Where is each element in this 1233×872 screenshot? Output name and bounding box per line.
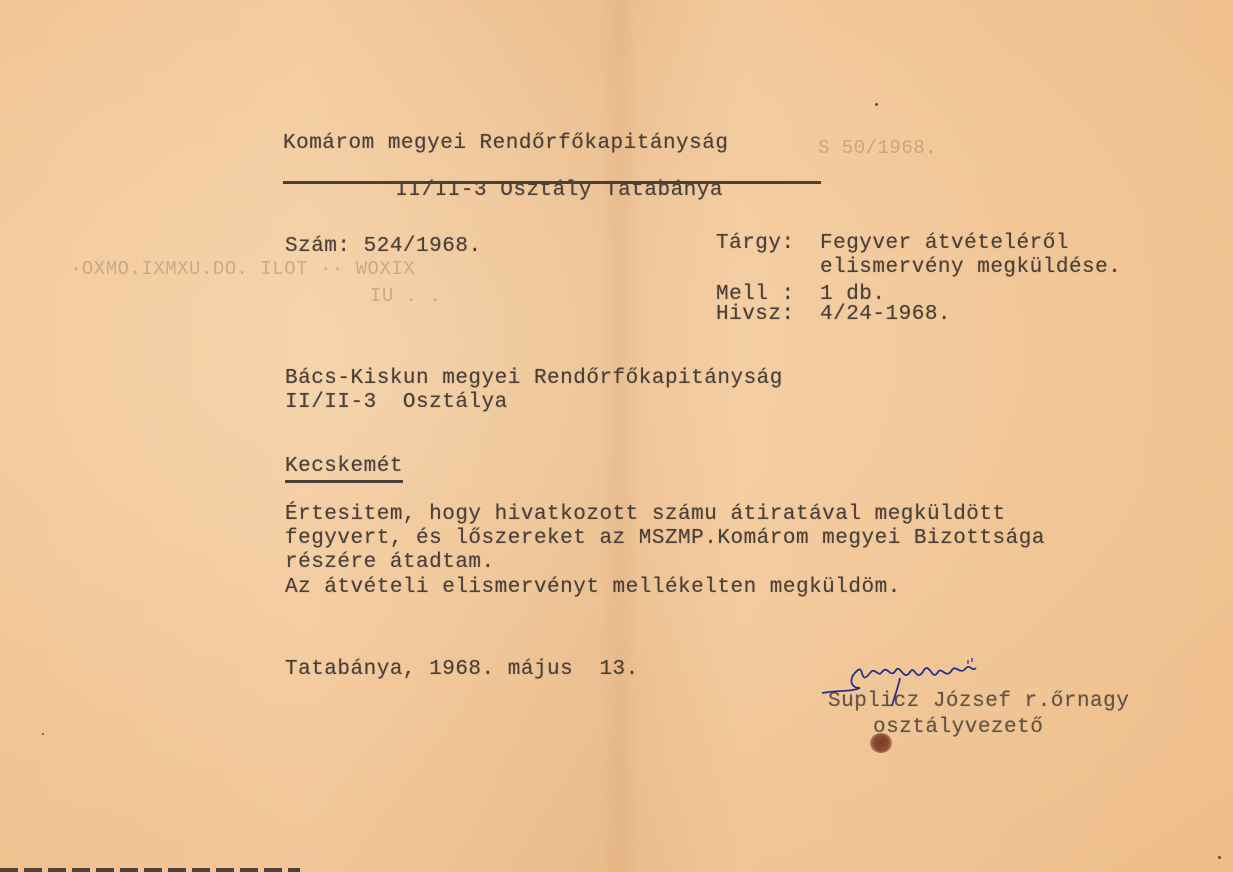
- recipient-line-1: Bács-Kiskun megyei Rendőrfőkapitányság: [285, 368, 783, 390]
- paper-speck: [875, 103, 878, 106]
- recipient-city: Kecskemét: [285, 456, 403, 478]
- place-date: Tatabánya, 1968. május 13.: [285, 659, 639, 681]
- body-line-2: fegyvert, és lőszereket az MSZMP.Komárom…: [285, 528, 1045, 550]
- faint-stamp: S 50/1968.: [818, 137, 937, 159]
- paper-fold: [600, 0, 640, 872]
- body-line-3: részére átadtam.: [285, 552, 495, 574]
- body-line-1: Értesitem, hogy hivatkozott számu átirat…: [285, 504, 1006, 526]
- reference-number-label: Szám:: [285, 235, 351, 258]
- bleedthrough-line-2: IU . .: [370, 285, 441, 307]
- subject-label: Tárgy:: [716, 233, 795, 255]
- signatory-name: Suplicz József r.őrnagy: [828, 691, 1129, 713]
- body-line-4: Az átvételi elismervényt mellékelten meg…: [285, 577, 901, 599]
- letterhead-line-2: II/II-3 Osztály Tatabánya: [283, 158, 820, 224]
- bleedthrough-line-1: ·OXMO.IXMXU.DO. ILOT ·· WOXIX: [70, 258, 415, 280]
- recipient-line-2: II/II-3 Osztálya: [285, 392, 508, 414]
- paper-speck: [1218, 856, 1221, 859]
- letterhead-underline: [283, 181, 821, 184]
- subject-line-1: Fegyver átvételéről: [820, 233, 1069, 255]
- reference-number-value: 524/1968.: [364, 235, 482, 258]
- citation-value: 4/24-1968.: [820, 304, 951, 326]
- signatory-title: osztályvezető: [873, 717, 1043, 739]
- subject-line-2: elismervény megküldése.: [820, 257, 1121, 279]
- recipient-city-text: Kecskemét: [285, 455, 403, 483]
- reference-number: Szám: 524/1968.: [285, 236, 482, 258]
- ink-stain: [870, 733, 892, 753]
- letterhead-line-1: Komárom megyei Rendőrfőkapitányság: [283, 133, 728, 155]
- citation-label: Hivsz:: [716, 304, 795, 326]
- scan-edge: [0, 868, 300, 872]
- paper-speck: [42, 733, 44, 735]
